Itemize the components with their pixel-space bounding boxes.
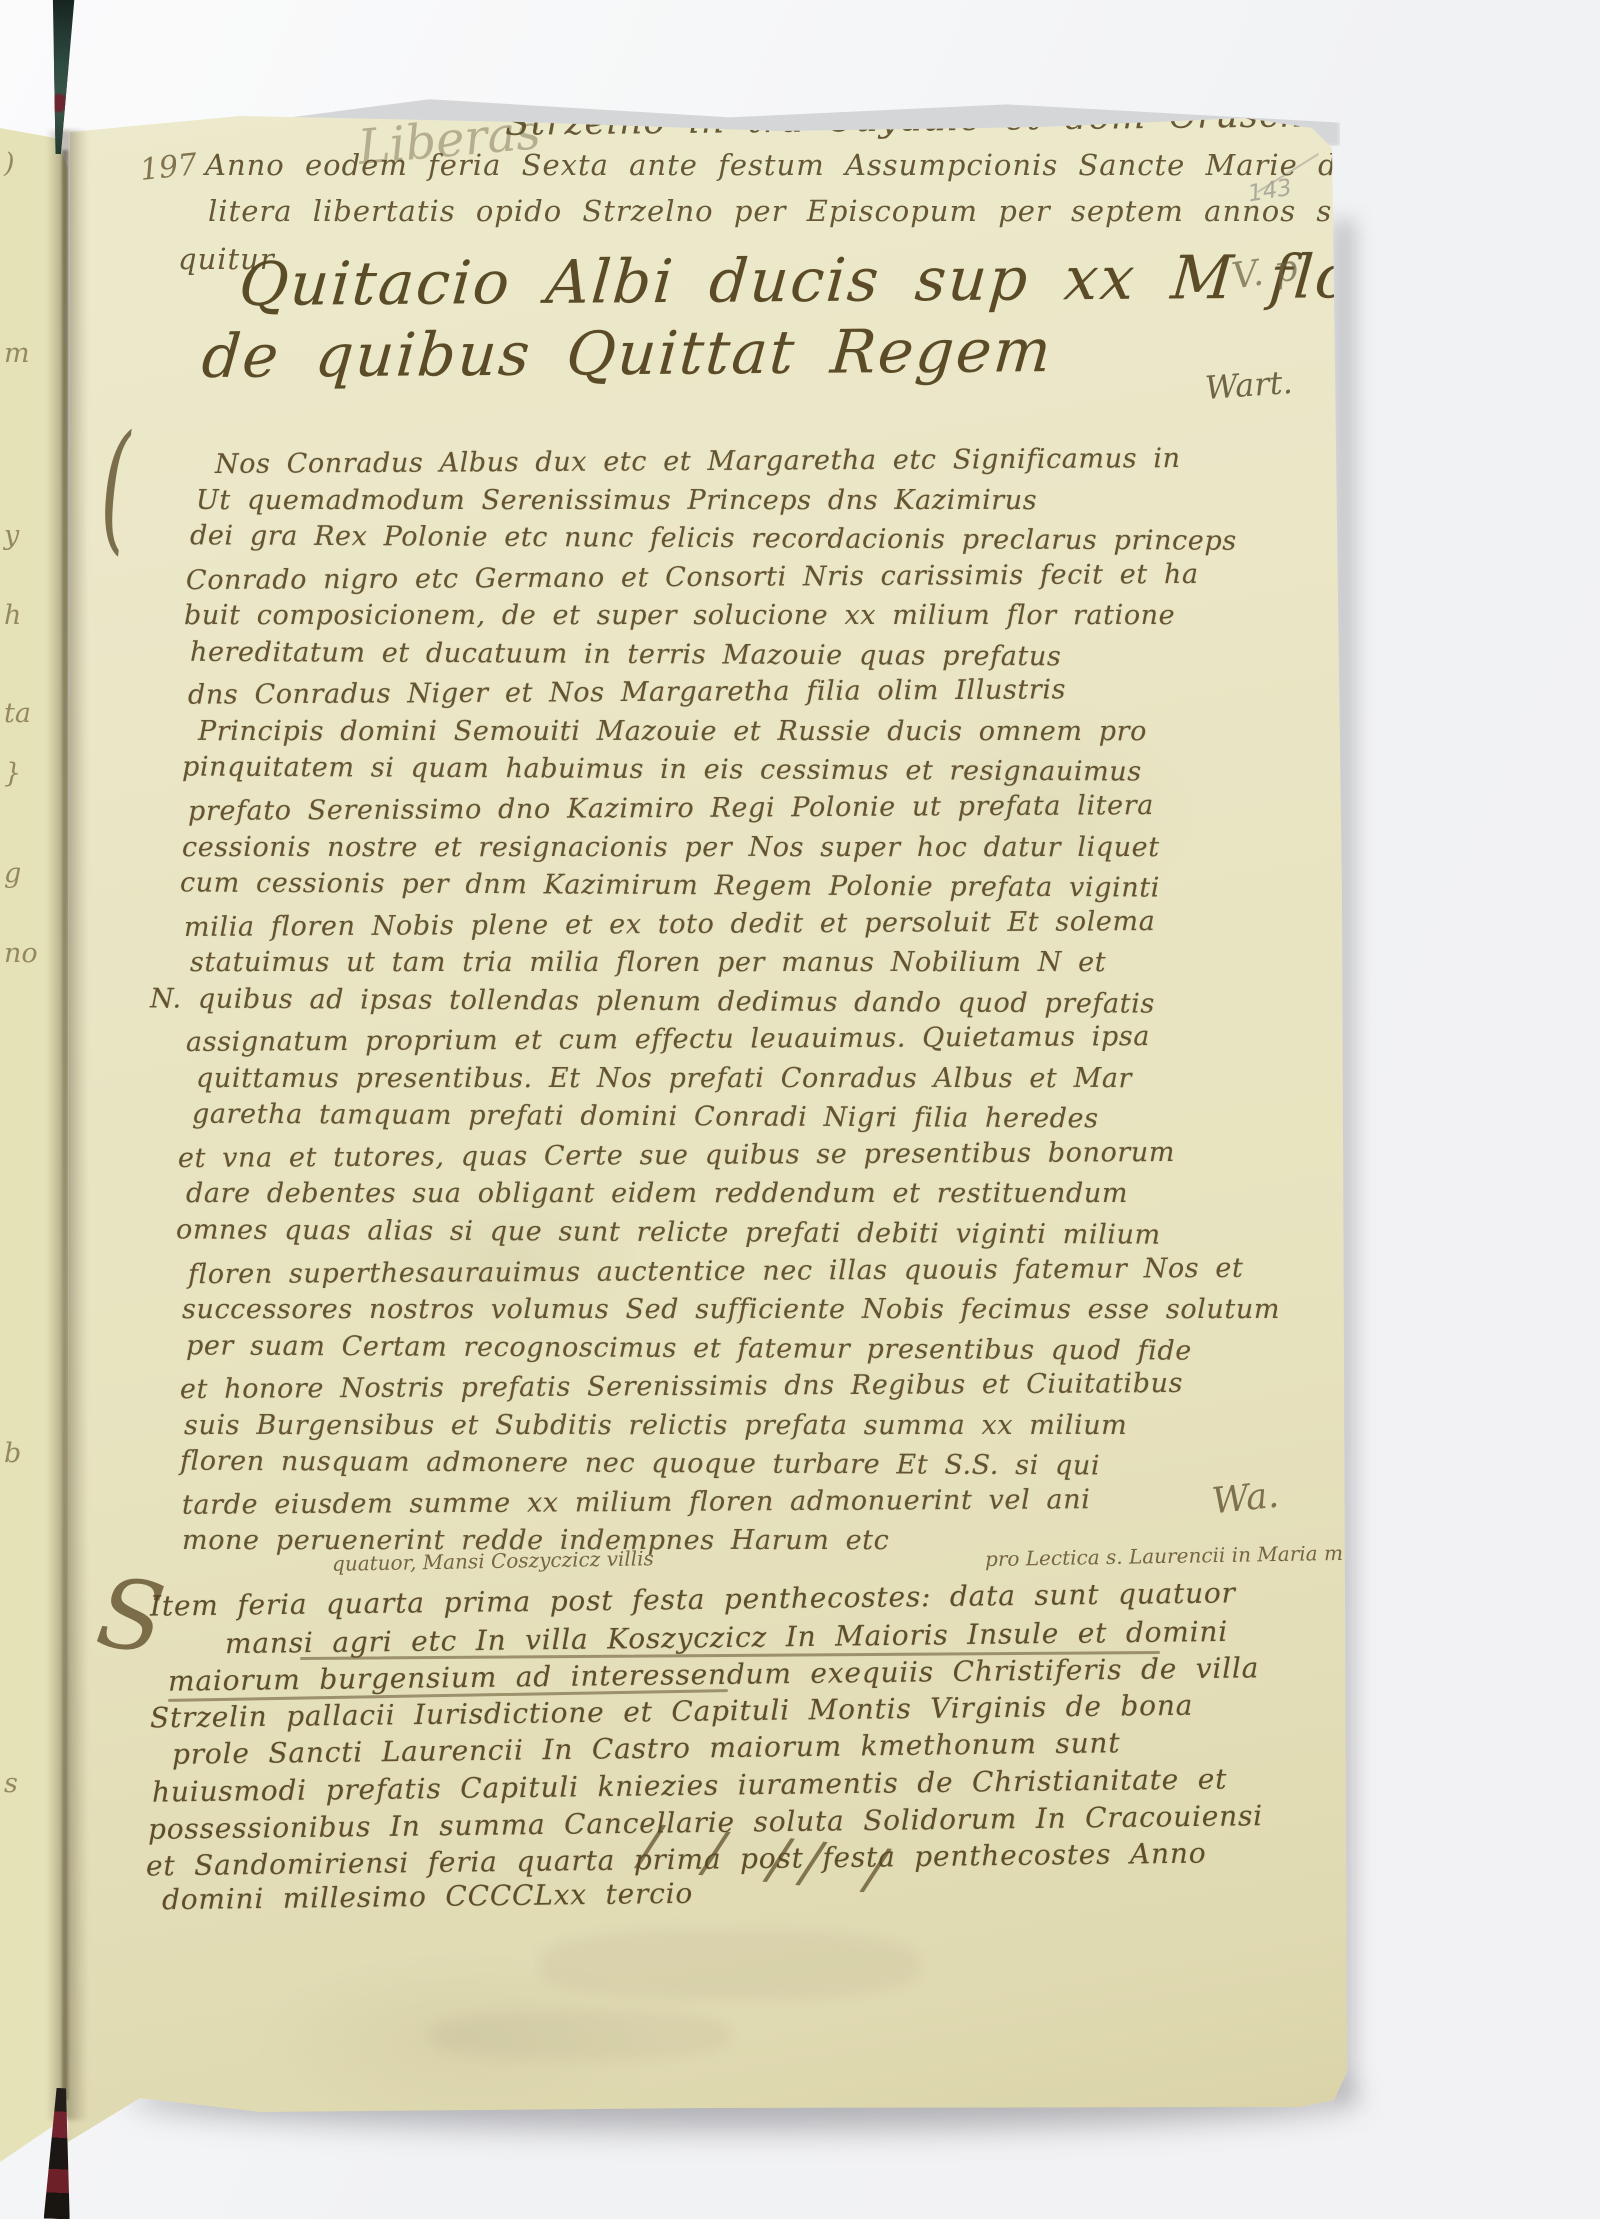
facing-page-writing-fragment: s xyxy=(4,1768,18,1799)
facing-page-writing-fragment: y xyxy=(4,520,19,551)
facing-page-writing-fragment: no xyxy=(4,938,38,969)
facing-page-writing-fragment: g xyxy=(4,858,21,889)
addendum-line: domini millesimo CCCCLxx tercio xyxy=(162,1877,693,1916)
facing-page-writing-fragment: ta xyxy=(4,698,31,729)
facing-page-writing-fragment: ) xyxy=(4,148,15,179)
facing-page-writing-fragment: } xyxy=(4,758,21,789)
gutter-fold-line xyxy=(62,150,68,2100)
facing-page-writing-fragment: m xyxy=(4,338,30,369)
manuscript-photo: ) m y h ta } g no b s 197 Liberas 143 St… xyxy=(0,0,1600,2219)
addendum-line: prole Sancti Laurencii In Castro maiorum… xyxy=(172,1726,1121,1771)
facing-page-writing-fragment: h xyxy=(4,600,21,631)
addendum-line: Item feria quarta prima post festa penth… xyxy=(150,1576,1236,1622)
facing-page-writing-fragment: b xyxy=(4,1438,21,1469)
